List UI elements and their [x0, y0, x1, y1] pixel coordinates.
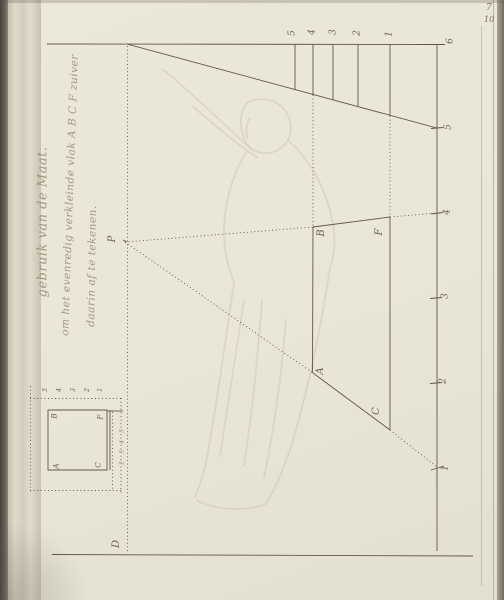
square-top-label-4: 4	[57, 388, 63, 392]
square-side-label-3: 3	[120, 450, 126, 454]
square-label-B: B	[50, 413, 58, 419]
side-AC	[313, 373, 390, 430]
square-label-A: A	[52, 463, 60, 468]
sightline-P-to-A	[125, 242, 313, 373]
edge-label-1: 1	[442, 465, 451, 471]
top-line	[47, 44, 445, 45]
edge-tick-5	[431, 128, 443, 129]
point-label-A: A	[316, 367, 326, 374]
sketchbook-scan: 54321654321PBFACDBFAC543215432 gebruik v…	[0, 0, 504, 600]
top-tick-label-4: 4	[309, 29, 318, 35]
square-top-label-5: 5	[43, 388, 49, 392]
edge-label-2: 2	[440, 378, 449, 384]
side-BF	[313, 217, 390, 227]
point-label-B: B	[317, 229, 327, 236]
square-top-label-1: 1	[98, 388, 104, 392]
edge-label-3: 3	[442, 293, 451, 299]
folio-number: 10	[484, 16, 494, 24]
point-label-C: C	[372, 407, 382, 415]
ink-construction-lines	[47, 44, 473, 556]
sightline-C-to-1	[390, 430, 437, 467]
edge-label-4: 4	[444, 209, 453, 215]
sightline-F-to-4	[390, 213, 437, 217]
point-label-D: D	[112, 540, 122, 548]
inscription-line-3: daarin af te tekenen.	[85, 205, 99, 327]
edge-label-6: 6	[447, 38, 456, 44]
square-label-F: F	[96, 414, 104, 419]
square-side-label-4: 4	[120, 440, 126, 444]
side-BA	[313, 227, 314, 373]
square-side-label-5: 5	[120, 429, 126, 433]
bottom-line	[52, 555, 473, 557]
point-label-P: P	[108, 236, 118, 243]
main-diagonal	[127, 44, 437, 128]
sightline-P-to-B	[125, 227, 313, 242]
top-tick-label-5: 5	[289, 30, 298, 36]
faint-pencil-figure	[162, 69, 335, 509]
square-side-label-2: 2	[120, 461, 126, 465]
point-label-F: F	[375, 229, 385, 236]
top-tick-label-3: 3	[330, 29, 339, 35]
top-tick-label-2: 2	[354, 30, 363, 36]
inscription-line-1: gebruik van de Maat.	[36, 146, 51, 297]
top-tick-label-1: 1	[386, 31, 395, 37]
square-label-C: C	[94, 462, 102, 468]
folio-number-top: 7	[486, 4, 492, 13]
square-top-label-2: 2	[85, 388, 91, 392]
square-top-label-3: 3	[71, 388, 77, 392]
edge-label-5: 5	[445, 124, 454, 130]
